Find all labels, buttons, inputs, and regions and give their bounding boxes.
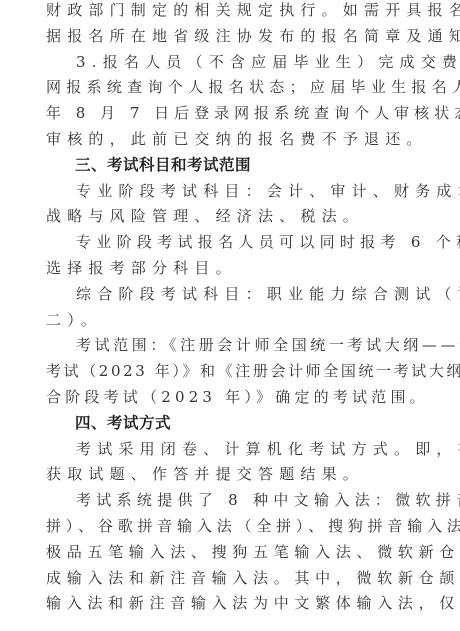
paragraph-line: 考试范围：《注册会计师全国统一考试大纲——专业阶段 [46,333,436,359]
paragraph-line: 考试采用闭卷、计算机化考试方式。即，在计算机终端 [46,437,436,463]
paragraph-line: 成输入法和新注音输入法。其中，微软新仓颉输入法、速成 [46,566,436,592]
paragraph-line: 二）。 [46,308,436,334]
paragraph-line: 合阶段考试（2023 年）》确定的考试范围。 [46,385,436,411]
section-heading-exam-subjects: 三、考试科目和考试范围 [46,153,436,179]
paragraph-line: 战略与风险管理、经济法、税法。 [46,204,436,230]
paragraph-line: 专业阶段考试报名人员可以同时报考 6 个科目，也可以 [46,230,436,256]
paragraph-line: 据报名所在地省级注协发布的报名简章及通知公告执行。 [46,24,436,50]
paragraph-line: 考试系统提供了 8 种中文输入法：微软拼音输入法（全 [46,488,436,514]
paragraph-line: 获取试题、作答并提交答题结果。 [46,462,436,488]
paragraph-line: 专业阶段考试科目：会计、审计、财务成本管理、公司 [46,179,436,205]
paragraph-line: 网报系统查询个人报名状态；应届毕业生报名人员可于 2023 [46,75,436,101]
paragraph-line: 考试（2023 年）》和《注册会计师全国统一考试大纲——综 [46,359,436,385]
paragraph-line: 输入法和新注音输入法为中文繁体输入法，仅限港澳台外考 [46,591,436,617]
paragraph-line: 拼）、谷歌拼音输入法（全拼）、搜狗拼音输入法（全拼）、 [46,514,436,540]
paragraph-line: 审核的，此前已交纳的报名费不予退还。 [46,127,436,153]
paragraph-line: 选择报考部分科目。 [46,256,436,282]
paragraph-line: 综合阶段考试科目：职业能力综合测试（试卷一、试卷 [46,282,436,308]
document-page: 财政部门制定的相关规定执行。如需开具报名费发票，请依 据报名所在地省级注协发布的… [46,0,436,617]
section-heading-exam-method: 四、考试方式 [46,411,436,437]
paragraph-line: 财政部门制定的相关规定执行。如需开具报名费发票，请依 [46,0,436,24]
paragraph-line: 年 8 月 7 日后登录网报系统查询个人审核状态，未通过资格 [46,101,436,127]
paragraph-line: 3.报名人员（不含应届毕业生）完成交费手续后，可在 [46,50,436,76]
paragraph-line: 极品五笔输入法、搜狗五笔输入法、微软新仓颉输入法、速 [46,540,436,566]
